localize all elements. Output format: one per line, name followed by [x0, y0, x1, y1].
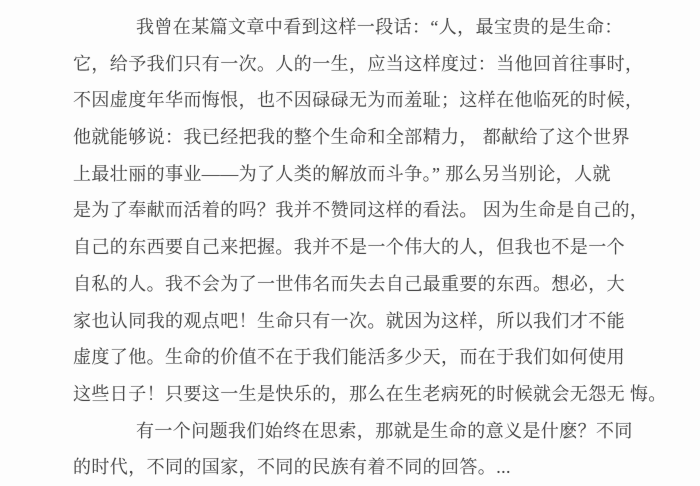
- text-line: 我曾在某篇文章中看到这样一段话：“人，最宝贵的是生命：: [73, 9, 633, 46]
- text-line: 自私的人。我不会为了一世伟名而失去自己最重要的东西。想必，大: [73, 266, 633, 303]
- essay-text: 我曾在某篇文章中看到这样一段话：“人，最宝贵的是生命：它，给予我们只有一次。人的…: [73, 9, 633, 470]
- text-line: 它，给予我们只有一次。人的一生，应当这样度过：当他回首往事时，: [73, 46, 633, 83]
- text-line: 的时代，不同的国家，不同的民族有着不同的回答。...: [73, 449, 633, 470]
- text-line: 不因虚度年华而悔恨，也不因碌碌无为而羞耻；这样在他临死的时候，: [73, 82, 633, 119]
- text-line: 是为了奉献而活着的吗？我并不赞同这样的看法。 因为生命是自己的，: [73, 192, 633, 229]
- text-line: 他就能够说：我已经把我的整个生命和全部精力， 都献给了这个世界: [73, 119, 633, 156]
- text-line: 家也认同我的观点吧！生命只有一次。就因为这样，所以我们才不能: [73, 303, 633, 340]
- text-line: 虚度了他。生命的价值不在于我们能活多少天，而在于我们如何使用: [73, 339, 633, 376]
- text-line: 有一个问题我们始终在思索，那就是生命的意义是什麽？不同: [73, 413, 633, 450]
- document-page: 我曾在某篇文章中看到这样一段话：“人，最宝贵的是生命：它，给予我们只有一次。人的…: [0, 0, 700, 470]
- text-line: 自己的东西要自己来把握。我并不是一个伟大的人，但我也不是一个: [73, 229, 633, 266]
- text-line: 上最壮丽的事业——为了人类的解放而斗争。” 那么另当别论，人就: [73, 156, 633, 193]
- text-line: 这些日子！只要这一生是快乐的，那么在生老病死的时候就会无怨无 悔。: [73, 376, 633, 413]
